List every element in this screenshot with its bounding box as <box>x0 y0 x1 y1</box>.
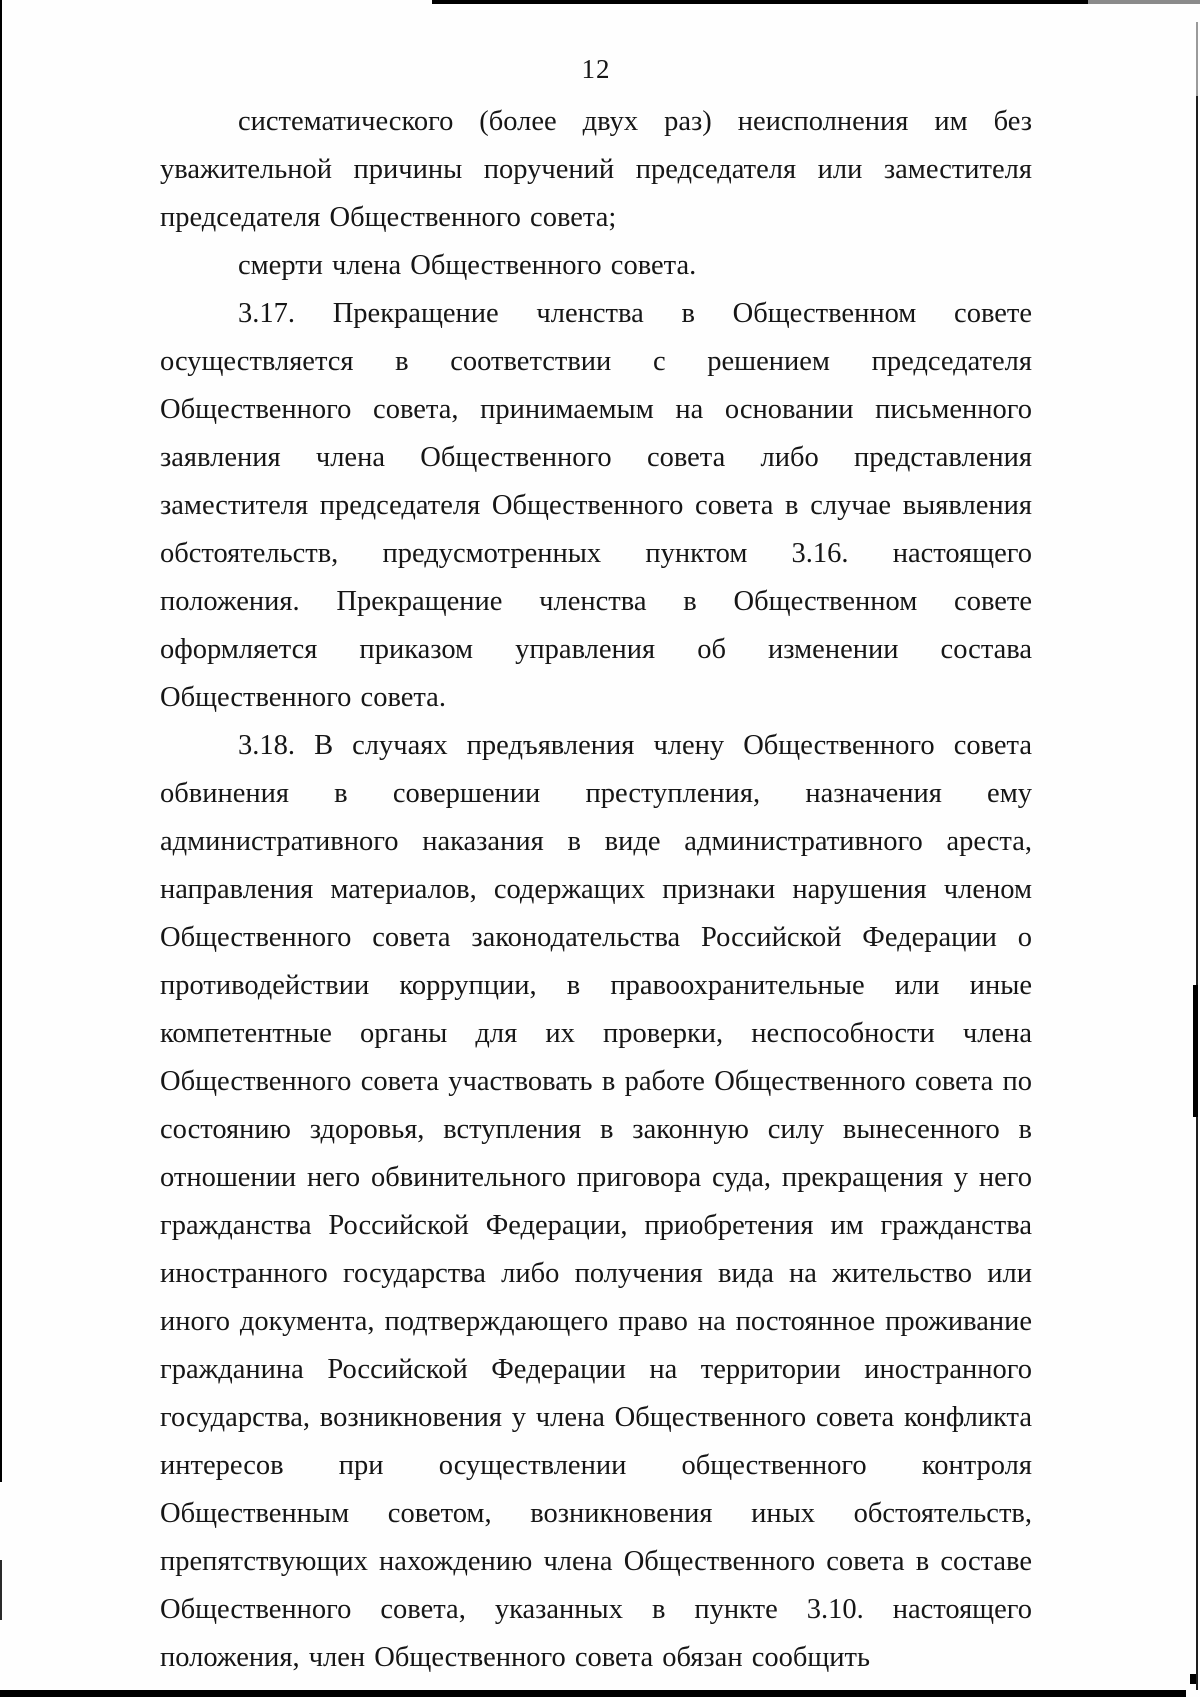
scan-edge-right <box>1196 96 1198 1690</box>
scan-edge-left-fragment <box>0 1560 2 1620</box>
paragraph-3-17: 3.17. Прекращение членства в Общественно… <box>160 290 1032 722</box>
document-body: систематического (более двух раз) неиспо… <box>160 98 1032 1682</box>
page-number: 12 <box>160 54 1032 85</box>
scan-edge-bottom <box>0 1690 1186 1697</box>
scan-edge-top-gray <box>1088 0 1200 4</box>
scanned-document-page: 12 систематического (более двух раз) неи… <box>0 0 1200 1697</box>
paragraph-death-clause: смерти члена Общественного совета. <box>160 242 1032 290</box>
scan-edge-bottom-dot <box>1190 1674 1196 1684</box>
scan-edge-left <box>0 0 2 1482</box>
paragraph-dismissal-reasons: систематического (более двух раз) неиспо… <box>160 98 1032 242</box>
scan-edge-right-gray <box>1196 22 1198 96</box>
paragraph-3-18: 3.18. В случаях предъявления члену Общес… <box>160 722 1032 1682</box>
scan-edge-top <box>432 0 1092 4</box>
scan-edge-right-dash <box>1193 985 1198 1117</box>
